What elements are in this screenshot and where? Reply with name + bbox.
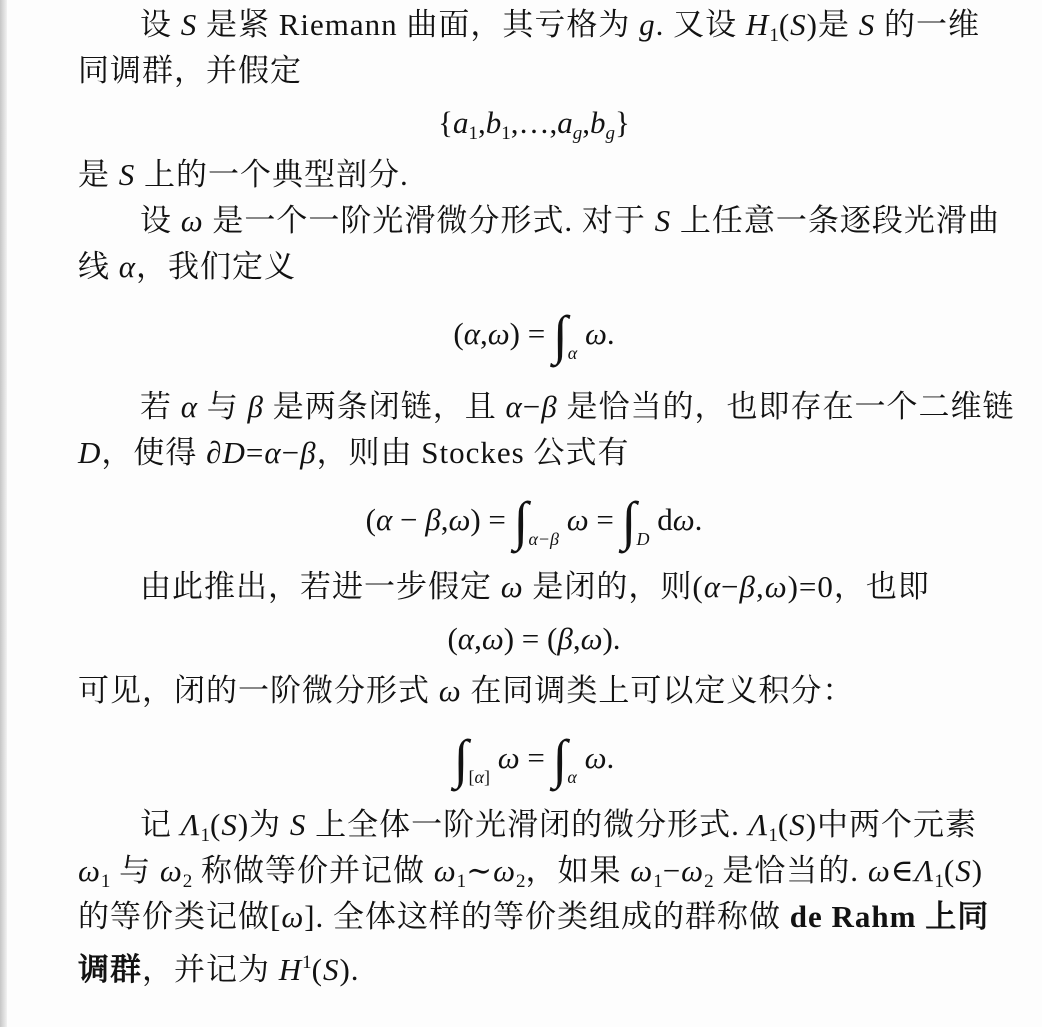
text-segment: ) = <box>470 502 513 537</box>
math-segment: ω <box>434 853 457 888</box>
math-segment: D <box>78 435 101 470</box>
math-segment: S <box>323 952 340 987</box>
text-segment: 记 <box>140 807 181 842</box>
text-segment: = <box>589 502 622 537</box>
text-segment: ，使得 <box>101 435 206 470</box>
para5-line4: 调群，并记为 H1(S). <box>78 940 990 986</box>
math-segment: ω <box>577 740 607 775</box>
text-segment: ( <box>453 316 463 351</box>
para5-line3: 的等价类记做[ω]. 全体这样的等价类组成的群称做 de Rahm 上同 <box>78 894 990 940</box>
math-segment: ω <box>577 316 607 351</box>
math-segment: β <box>248 389 264 424</box>
math-segment: α <box>464 316 480 351</box>
math-segment: S <box>655 203 672 238</box>
text-segment: 1 <box>653 871 663 892</box>
text-segment: 1 <box>200 825 210 846</box>
math-segment: a <box>557 105 573 140</box>
para1-line2: 同调群，并假定 <box>78 48 990 94</box>
text-segment: 是闭的，则( <box>524 569 704 604</box>
math-segment: Λ <box>181 807 201 842</box>
text-segment: 与 <box>198 389 248 424</box>
math-segment: β <box>557 621 572 656</box>
text-segment: ]. 全体这样的等价类组成的群称做 <box>304 899 790 934</box>
text-segment: 设 <box>140 7 181 42</box>
text-segment: 是两条闭链，且 <box>264 389 506 424</box>
text-segment: 1 <box>101 871 111 892</box>
math-segment: α <box>264 435 281 470</box>
integral-sign: ∫ <box>514 491 529 551</box>
integral-sign: ∫ <box>553 305 568 365</box>
math-segment: ω <box>681 853 704 888</box>
math-segment: ω <box>78 853 101 888</box>
formula-homology-equality: (α,ω) = (β,ω). <box>78 610 990 668</box>
math-segment: H <box>746 7 769 42</box>
para4-line1: 由此推出，若进一步假定 ω 是闭的，则(α−β,ω)=0，也即 <box>78 564 990 610</box>
math-segment: a <box>453 105 469 140</box>
text-segment: ∼ <box>466 853 493 888</box>
math-segment: ω <box>490 740 520 775</box>
formula-stokes: (α − β,ω) = ∫α−β ω = ∫D dω. <box>78 476 990 564</box>
math-segment: ω <box>439 673 462 708</box>
para1-line3: 是 S 上的一个典型剖分. <box>78 152 990 198</box>
text-segment: 是紧 Riemann 曲面，其亏格为 <box>197 7 639 42</box>
math-segment: α <box>181 389 198 424</box>
math-segment: g <box>606 123 616 144</box>
text-segment: 在同调类上可以定义积分： <box>462 673 855 708</box>
text-segment: ( <box>778 807 789 842</box>
text-segment: , <box>582 105 590 140</box>
bold-text-segment: 调群 <box>78 952 142 987</box>
math-segment: ω <box>181 203 204 238</box>
math-segment: S <box>859 7 876 42</box>
para3-line2: D，使得 ∂D=α−β，则由 Stockes 公式有 <box>78 430 990 476</box>
math-segment: α <box>704 569 721 604</box>
text-segment: ,…, <box>511 105 558 140</box>
math-segment: α <box>119 249 136 284</box>
math-segment: H <box>279 952 302 987</box>
text-segment: − <box>392 502 425 537</box>
text-segment: 2 <box>183 871 193 892</box>
text-segment: , <box>756 569 765 604</box>
text-segment: − <box>523 389 541 424</box>
page-content: 设 S 是紧 Riemann 曲面，其亏格为 g. 又设 H1(S)是 S 的一… <box>78 0 990 986</box>
text-segment: ( <box>210 807 221 842</box>
math-segment: ω <box>559 502 589 537</box>
math-segment: S <box>790 7 807 42</box>
text-segment: ，并记为 <box>142 952 279 987</box>
formula-canonical-dissection: {a1,b1,…,ag,bg} <box>78 94 990 152</box>
text-segment: } <box>615 105 630 140</box>
math-segment: ∂D <box>206 435 246 470</box>
text-segment: 1 <box>769 25 779 46</box>
text-segment: )是 <box>807 7 859 42</box>
para3-line1: 若 α 与 β 是两条闭链，且 α−β 是恰当的，也即存在一个二维链 <box>78 384 990 430</box>
text-segment: 线 <box>78 249 119 284</box>
text-segment: 同调群，并假定 <box>78 53 302 88</box>
math-segment: S <box>789 807 806 842</box>
math-segment: ω <box>868 853 891 888</box>
text-segment: , <box>474 621 482 656</box>
text-segment: = <box>246 435 264 470</box>
math-segment: α <box>458 621 474 656</box>
para5-line2: ω1 与 ω2 称做等价并记做 ω1∼ω2，如果 ω1−ω2 是恰当的. ω∈Λ… <box>78 848 990 894</box>
text-segment: 1 <box>457 871 467 892</box>
text-segment: ). <box>339 952 359 987</box>
text-segment: 是 <box>78 157 119 192</box>
text-segment: 1 <box>302 952 312 973</box>
math-segment: ω <box>501 569 524 604</box>
text-segment: ，我们定义 <box>136 249 296 284</box>
math-segment: α−β <box>528 529 559 549</box>
math-segment: S <box>290 807 307 842</box>
text-segment: 1 <box>501 123 511 144</box>
text-segment: , <box>478 105 486 140</box>
text-segment: 由此推出，若进一步假定 <box>140 569 501 604</box>
text-segment: 1 <box>768 825 778 846</box>
text-segment: ) = ( <box>504 621 558 656</box>
text-segment: )为 <box>238 807 290 842</box>
math-segment: S <box>221 807 238 842</box>
text-segment: 是恰当的. <box>714 853 868 888</box>
math-segment: α <box>376 502 392 537</box>
math-segment: ω <box>482 621 504 656</box>
integral-sign: ∫ <box>553 729 568 789</box>
integral-sign: ∫ <box>454 729 469 789</box>
page-left-edge-shadow <box>0 0 7 1027</box>
formula-pairing-definition: (α,ω) = ∫α ω. <box>78 290 990 378</box>
text-segment: 若 <box>140 389 181 424</box>
text-segment: d <box>649 502 672 537</box>
text-segment: 是恰当的，也即存在一个二维链 <box>558 389 1015 424</box>
math-segment: β <box>541 389 557 424</box>
text-segment: { <box>438 105 453 140</box>
text-segment: 1 <box>934 871 944 892</box>
math-segment: S <box>119 157 136 192</box>
text-segment: 1 <box>469 123 479 144</box>
math-segment: ω <box>493 853 516 888</box>
text-segment: )=0，也即 <box>788 569 930 604</box>
para2-line1: 设 ω 是一个一阶光滑微分形式. 对于 S 上任意一条逐段光滑曲 <box>78 198 990 244</box>
text-segment: ) = <box>510 316 553 351</box>
text-segment: 称做等价并记做 <box>192 853 434 888</box>
text-segment: 可见，闭的一阶微分形式 <box>78 673 439 708</box>
integral-sign: ∫ <box>622 491 637 551</box>
text-segment: ( <box>366 502 376 537</box>
text-segment: , <box>573 621 581 656</box>
text-segment: = <box>520 740 553 775</box>
text-segment: − <box>282 435 300 470</box>
math-segment: g <box>573 123 583 144</box>
text-segment: ( <box>944 853 955 888</box>
para2-line2: 线 α，我们定义 <box>78 244 990 290</box>
text-segment: ( <box>447 621 457 656</box>
text-segment: 上全体一阶光滑闭的微分形式. <box>306 807 748 842</box>
math-segment: S <box>955 853 972 888</box>
math-segment: α <box>475 767 484 787</box>
math-segment: β <box>425 502 440 537</box>
text-segment: ∈ <box>891 853 915 888</box>
formula-class-integral: ∫[α] ω = ∫α ω. <box>78 714 990 802</box>
text-segment: 上的一个典型剖分. <box>135 157 409 192</box>
para1-line1: 设 S 是紧 Riemann 曲面，其亏格为 g. 又设 H1(S)是 S 的一… <box>78 2 990 48</box>
math-segment: Λ <box>749 807 769 842</box>
text-segment: − <box>721 569 739 604</box>
math-segment: α <box>567 767 576 787</box>
text-segment: )中两个元素 <box>806 807 977 842</box>
text-segment: ). <box>602 621 620 656</box>
text-segment: ，如果 <box>526 853 631 888</box>
math-segment: D <box>636 529 649 549</box>
math-segment: ω <box>765 569 788 604</box>
text-segment: 设 <box>140 203 181 238</box>
math-segment: β <box>739 569 755 604</box>
math-segment: α <box>505 389 522 424</box>
text-segment: 与 <box>110 853 160 888</box>
para4-line2: 可见，闭的一阶微分形式 ω 在同调类上可以定义积分： <box>78 668 990 714</box>
text-segment: ，则由 Stockes 公式有 <box>317 435 630 470</box>
math-segment: β <box>300 435 316 470</box>
textbook-page: 设 S 是紧 Riemann 曲面，其亏格为 g. 又设 H1(S)是 S 的一… <box>0 0 1042 1027</box>
text-segment: . <box>607 740 615 775</box>
text-segment: 上任意一条逐段光滑曲 <box>671 203 1000 238</box>
math-segment: S <box>181 7 198 42</box>
math-segment: g <box>639 7 656 42</box>
math-segment: ω <box>630 853 653 888</box>
text-segment: 2 <box>704 871 714 892</box>
math-segment: ω <box>488 316 510 351</box>
math-segment: ω <box>673 502 695 537</box>
math-segment: ω <box>160 853 183 888</box>
math-segment: ω <box>581 621 603 656</box>
bold-text-segment: de Rahm 上同 <box>790 899 989 934</box>
text-segment: 的一维 <box>875 7 980 42</box>
text-segment: . <box>695 502 703 537</box>
text-segment: ( <box>779 7 790 42</box>
text-segment: 2 <box>516 871 526 892</box>
text-segment: ) <box>972 853 983 888</box>
math-segment: ω <box>448 502 470 537</box>
math-segment: ω <box>281 899 304 934</box>
text-segment: 是一个一阶光滑微分形式. 对于 <box>204 203 655 238</box>
text-segment: . <box>607 316 615 351</box>
text-segment: , <box>480 316 488 351</box>
text-segment: . 又设 <box>656 7 746 42</box>
para5-line1: 记 Λ1(S)为 S 上全体一阶光滑闭的微分形式. Λ1(S)中两个元素 <box>78 802 990 848</box>
math-segment: α <box>568 343 577 363</box>
text-segment: 的等价类记做[ <box>78 899 281 934</box>
math-segment: Λ <box>915 853 935 888</box>
math-segment: b <box>590 105 606 140</box>
text-segment: − <box>663 853 681 888</box>
math-segment: b <box>486 105 502 140</box>
text-segment: ( <box>312 952 323 987</box>
